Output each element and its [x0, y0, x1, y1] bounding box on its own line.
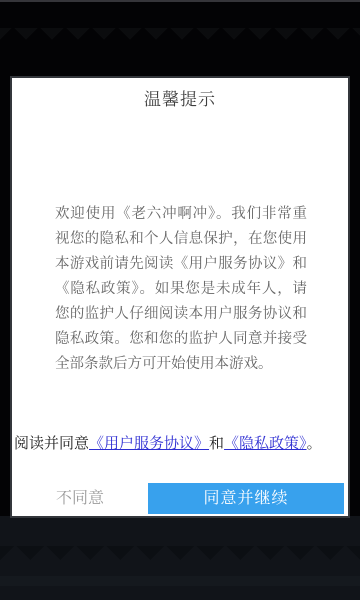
dimmed-game-pattern [0, 546, 360, 572]
user-agreement-link[interactable]: 《用户服务协议》 [89, 435, 209, 452]
privacy-consent-dialog: 温馨提示 欢迎使用《老六冲啊冲》。我们非常重视您的隐私和个人信息保护，在您使用本… [12, 78, 348, 516]
agreement-suffix: 。 [307, 435, 322, 452]
dimmed-game-background-top [0, 28, 360, 50]
dimmed-game-background-bottom [0, 516, 360, 600]
agreement-prefix: 阅读并同意 [14, 435, 89, 452]
screen-top-edge [0, 0, 360, 2]
disagree-button[interactable]: 不同意 [12, 483, 148, 514]
dimmed-game-band [0, 576, 360, 586]
dialog-title: 温馨提示 [12, 90, 348, 110]
agreement-conjunction: 和 [209, 435, 224, 452]
agreement-line: 阅读并同意《用户服务协议》和《隐私政策》。 [14, 432, 346, 456]
privacy-policy-link[interactable]: 《隐私政策》 [224, 435, 307, 452]
dialog-button-row: 不同意 同意并继续 [12, 483, 344, 514]
privacy-notice-text: 欢迎使用《老六冲啊冲》。我们非常重视您的隐私和个人信息保护，在您使用本游戏前请先… [55, 202, 307, 377]
phone-screen: 温馨提示 欢迎使用《老六冲啊冲》。我们非常重视您的隐私和个人信息保护，在您使用本… [0, 0, 360, 600]
agree-and-continue-button[interactable]: 同意并继续 [148, 483, 344, 514]
